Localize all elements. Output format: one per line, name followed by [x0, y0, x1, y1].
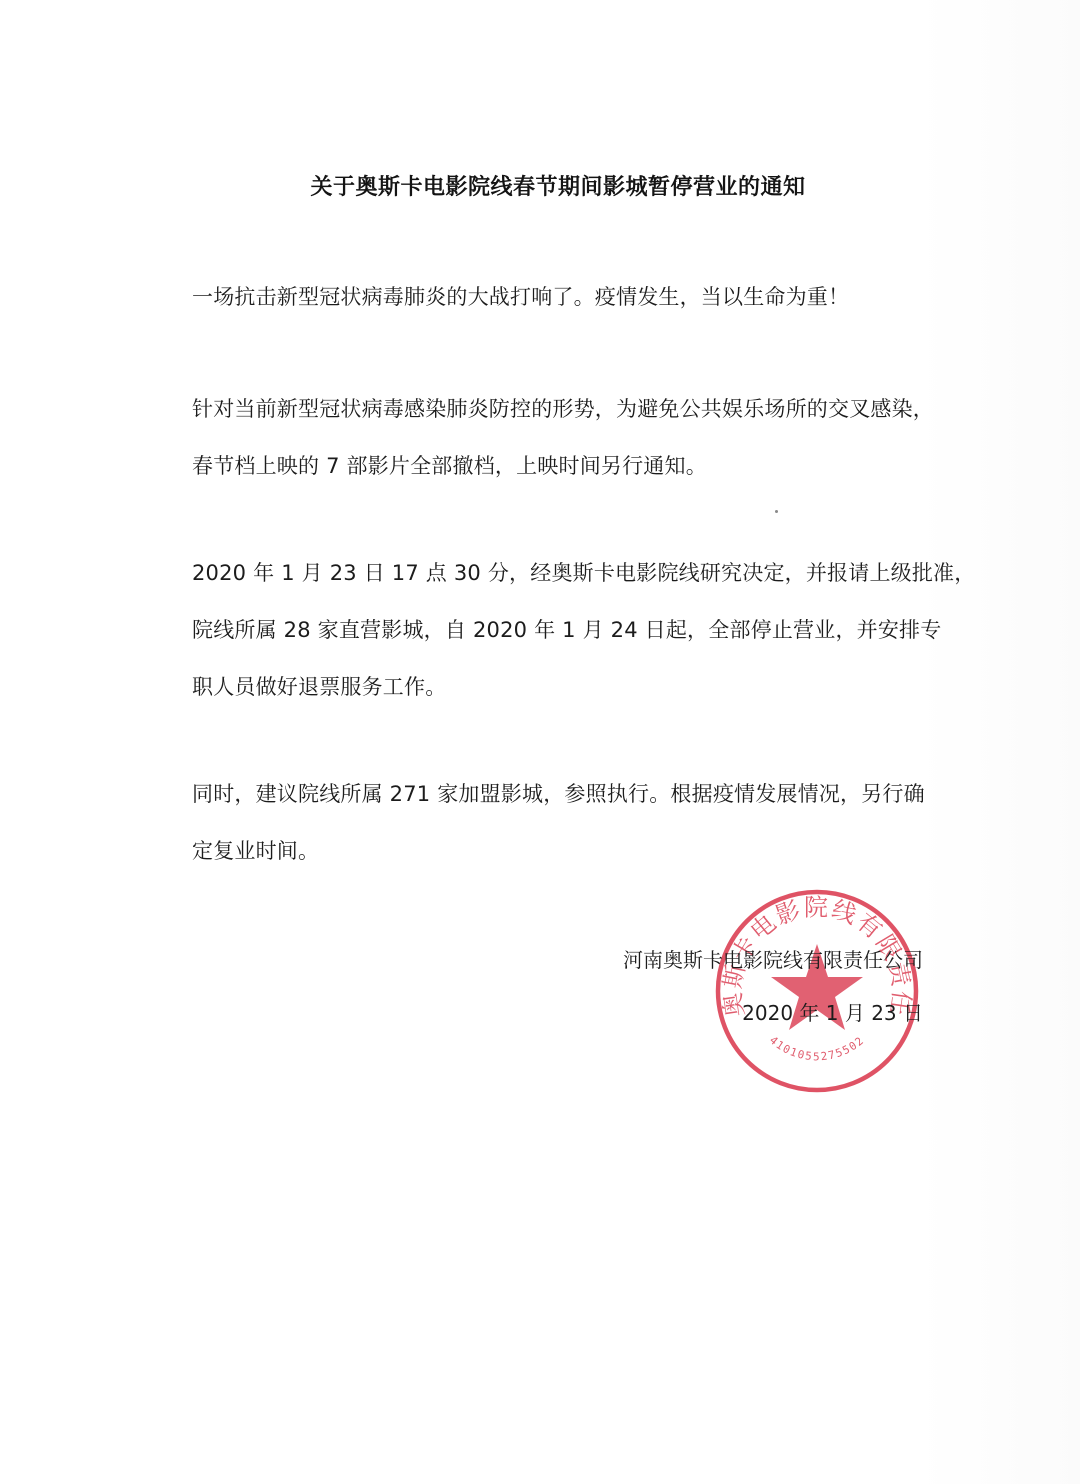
paragraph-line: 院线所属 28 家直营影城，自 2020 年 1 月 24 日起，全部停止营业，…: [192, 602, 952, 659]
seal-code: 4101055275502: [767, 1034, 867, 1064]
document-page: 关于奥斯卡电影院线春节期间影城暂停营业的通知 一场抗击新型冠状病毒肺炎的大战打响…: [0, 0, 1080, 1484]
official-seal: 河南奥斯卡电影院线有限责任公司 4101055275502: [712, 886, 922, 1096]
paragraph-line: 针对当前新型冠状病毒感染肺炎防控的形势，为避免公共娱乐场所的交叉感染，: [192, 381, 952, 438]
paragraph-4: 同时，建议院线所属 271 家加盟影城，参照执行。根据疫情发展情况，另行确 定复…: [192, 766, 952, 880]
paragraph-3: 2020 年 1 月 23 日 17 点 30 分，经奥斯卡电影院线研究决定，并…: [192, 545, 952, 716]
paragraph-line: 职人员做好退票服务工作。: [192, 659, 952, 716]
paragraph-2: 针对当前新型冠状病毒感染肺炎防控的形势，为避免公共娱乐场所的交叉感染， 春节档上…: [192, 381, 952, 495]
scan-speck: [775, 510, 778, 513]
paragraph-line: 春节档上映的 7 部影片全部撤档，上映时间另行通知。: [192, 438, 952, 495]
signature-company: 河南奥斯卡电影院线有限责任公司: [623, 944, 923, 976]
document-title: 关于奥斯卡电影院线春节期间影城暂停营业的通知: [0, 170, 1080, 206]
paragraph-line: 2020 年 1 月 23 日 17 点 30 分，经奥斯卡电影院线研究决定，并…: [192, 545, 952, 602]
paragraph-line: 同时，建议院线所属 271 家加盟影城，参照执行。根据疫情发展情况，另行确: [192, 766, 952, 823]
svg-text:4101055275502: 4101055275502: [767, 1034, 867, 1064]
paragraph-line: 定复业时间。: [192, 823, 952, 880]
paragraph-1: 一场抗击新型冠状病毒肺炎的大战打响了。疫情发生，当以生命为重！: [192, 269, 952, 326]
paragraph-line: 一场抗击新型冠状病毒肺炎的大战打响了。疫情发生，当以生命为重！: [192, 269, 952, 326]
signature-date: 2020 年 1 月 23 日: [742, 997, 923, 1029]
